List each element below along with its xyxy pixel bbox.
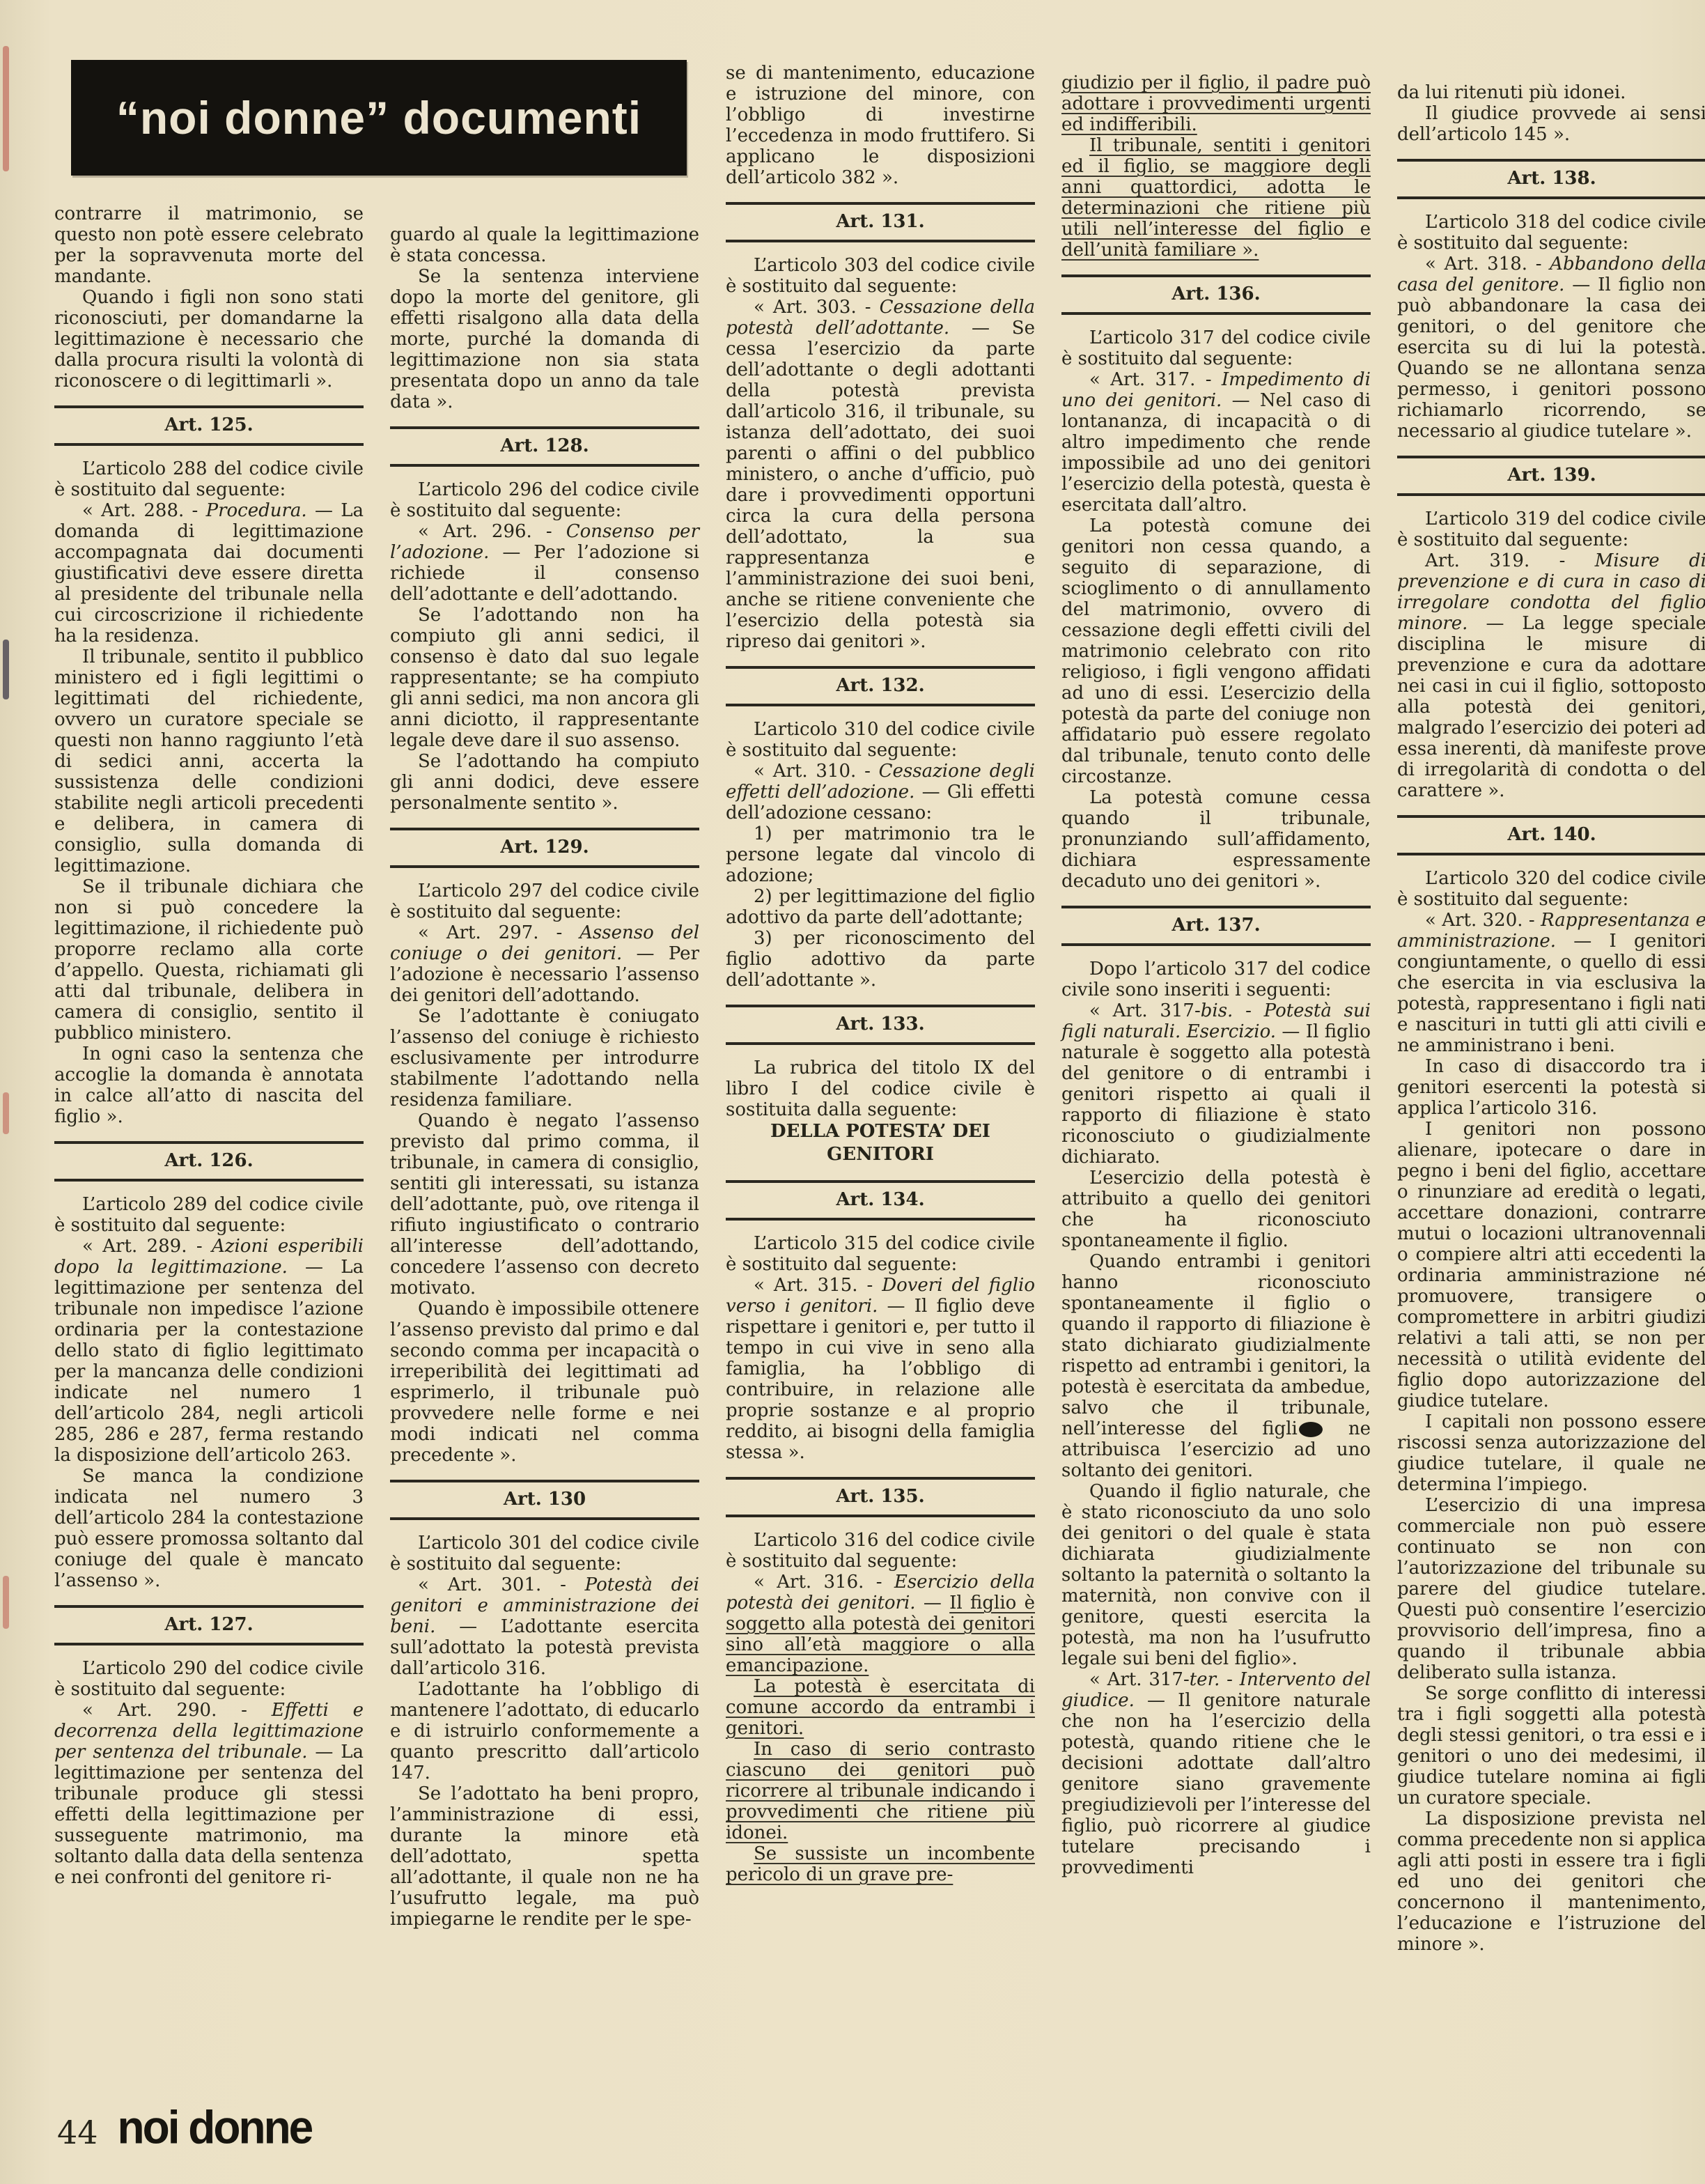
article-heading: Art. 131.: [726, 202, 1035, 242]
text-segment: Art. 319. -: [1425, 550, 1595, 571]
paragraph: « Art. 296. - Consenso per l’adozione. —…: [390, 521, 699, 605]
paragraph: L’articolo 288 del codice civile è sosti…: [54, 458, 364, 500]
text-segment: L’adottante ha l’obbligo di mantenere l’…: [390, 1679, 699, 1783]
article-heading: Art. 138.: [1397, 159, 1705, 199]
paragraph: « Art. 289. - Azioni esperibili dopo la …: [54, 1236, 364, 1466]
text-segment: — La legittimazione per sentenza del tri…: [54, 1742, 364, 1888]
text-segment: La disposizione prevista nel comma prece…: [1397, 1809, 1705, 1955]
text-segment: « Art. 318. -: [1425, 254, 1550, 274]
text-segment: Se l’adottando ha compiuto gli anni dodi…: [390, 751, 699, 814]
scan-mark: [3, 1576, 9, 1629]
paragraph: L’adottante ha l’obbligo di mantenere l’…: [390, 1679, 699, 1783]
scan-mark: [3, 640, 9, 699]
text-segment: In ogni caso la sentenza che accoglie la…: [54, 1044, 364, 1127]
paragraph: I genitori non possono alienare, ipoteca…: [1397, 1119, 1705, 1411]
text-segment: Se sussiste un incombente pericolo di un…: [726, 1843, 1035, 1885]
paragraph: Se la sentenza interviene dopo la morte …: [390, 266, 699, 412]
text-segment: Procedura.: [206, 500, 307, 521]
text-segment: L’articolo 297 del codice civile è sosti…: [390, 881, 699, 922]
paragraph: L’articolo 320 del codice civile è sosti…: [1397, 868, 1705, 910]
article-columns: contrarre il matrimonio, se questo non p…: [54, 0, 1705, 1955]
paragraph: In caso di serio contrasto ciascuno dei …: [726, 1739, 1035, 1843]
paragraph: L’articolo 290 del codice civile è sosti…: [54, 1658, 364, 1700]
paragraph: L’articolo 310 del codice civile è sosti…: [726, 719, 1035, 761]
text-segment: bis.: [1201, 1000, 1233, 1021]
page-number: 44: [57, 2114, 98, 2151]
text-segment: 1) per matrimonio tra le persone legate …: [726, 823, 1035, 886]
paragraph: L’articolo 303 del codice civile è sosti…: [726, 255, 1035, 297]
article-heading: Art. 125.: [54, 405, 364, 446]
column-spacer: [1061, 0, 1371, 72]
paragraph: Quando il figlio naturale, che è stato r…: [1061, 1481, 1371, 1669]
article-heading: Art. 133.: [726, 1005, 1035, 1045]
text-segment: I capitali non possono essere riscossi s…: [1397, 1411, 1705, 1495]
paragraph: 3) per riconoscimento del figlio adottiv…: [726, 928, 1035, 991]
text-segment: La potestà è esercitata di comune accord…: [726, 1676, 1035, 1739]
text-segment: guardo al quale la legittimazione è stat…: [390, 224, 699, 266]
paragraph: La potestà comune dei genitori non cessa…: [1061, 516, 1371, 787]
paragraph: La rubrica del titolo IX del libro I del…: [726, 1058, 1035, 1120]
text-segment: L’articolo 296 del codice civile è sosti…: [390, 479, 699, 521]
text-segment: -: [1220, 1669, 1239, 1690]
text-segment: L’articolo 318 del codice civile è sosti…: [1397, 212, 1705, 254]
paragraph: « Art. 317-bis. - Potestà sui figli natu…: [1061, 1000, 1371, 1168]
paragraph: La potestà comune cessa quando il tribun…: [1061, 787, 1371, 892]
paragraph: L’articolo 316 del codice civile è sosti…: [726, 1530, 1035, 1572]
text-segment: da lui ritenuti più idonei.: [1397, 82, 1626, 103]
scan-mark: [3, 46, 9, 171]
text-segment: « Art. 289. -: [82, 1236, 212, 1257]
magazine-page: contrarre il matrimonio, se questo non p…: [0, 0, 1705, 2184]
text-segment: L’articolo 319 del codice civile è sosti…: [1397, 509, 1705, 550]
text-segment: « Art. 290. -: [82, 1700, 272, 1721]
text-column-5: da lui ritenuti più idonei.Il giudice pr…: [1397, 0, 1705, 1955]
article-heading: Art. 129.: [390, 828, 699, 868]
text-segment: Dopo l’articolo 317 del codice civile so…: [1061, 959, 1371, 1000]
paragraph: « Art. 317. - Impedimento di uno dei gen…: [1061, 369, 1371, 516]
paragraph: L’esercizio di una impresa commerciale n…: [1397, 1495, 1705, 1683]
text-segment: — L’adottante esercita sull’adottato la …: [390, 1616, 699, 1679]
text-segment: — Il genitore naturale che non ha l’eser…: [1061, 1690, 1371, 1878]
paragraph: Quando è negato l’assenso previsto dal p…: [390, 1110, 699, 1299]
text-segment: Quando i figli non sono stati riconosciu…: [54, 287, 364, 392]
article-heading: Art. 136.: [1061, 274, 1371, 315]
paragraph: contrarre il matrimonio, se questo non p…: [54, 203, 364, 287]
paragraph: L’articolo 301 del codice civile è sosti…: [390, 1533, 699, 1574]
paragraph: Se l’adottando ha compiuto gli anni dodi…: [390, 751, 699, 814]
text-segment: Se manca la condizione indicata nel nume…: [54, 1466, 364, 1591]
paragraph: Il tribunale, sentiti i genitori ed il f…: [1061, 135, 1371, 261]
paragraph: « Art. 301. - Potestà dei genitori e amm…: [390, 1574, 699, 1679]
paragraph: da lui ritenuti più idonei.: [1397, 82, 1705, 103]
paragraph: giudizio per il figlio, il padre può ado…: [1061, 72, 1371, 135]
paragraph: L’esercizio della potestà è attribuito a…: [1061, 1168, 1371, 1251]
article-heading: Art. 140.: [1397, 815, 1705, 855]
text-segment: Se l’adottante è coniugato l’assenso del…: [390, 1006, 699, 1110]
text-segment: Il tribunale, sentito il pubblico minist…: [54, 646, 364, 876]
text-segment: « Art. 310. -: [754, 761, 879, 782]
text-segment: Se la sentenza interviene dopo la morte …: [390, 266, 699, 412]
paragraph: L’articolo 319 del codice civile è sosti…: [1397, 509, 1705, 550]
text-segment: « Art. 320. -: [1425, 910, 1541, 931]
paragraph: L’articolo 297 del codice civile è sosti…: [390, 881, 699, 922]
scan-mark: [3, 1092, 9, 1134]
text-segment: ter.: [1190, 1669, 1220, 1690]
text-segment: La potestà comune dei genitori non cessa…: [1061, 516, 1371, 787]
text-segment: « Art. 317-: [1089, 1669, 1190, 1690]
text-segment: Se l’adottando non ha compiuto gli anni …: [390, 605, 699, 751]
paragraph: Quando è impossibile ottenere l’assenso …: [390, 1299, 699, 1466]
text-segment: se di mantenimento, educazione e istruzi…: [726, 63, 1035, 188]
text-segment: Il giudice provvede ai sensi dell’artico…: [1397, 103, 1705, 145]
section-banner: “noi donne” documenti: [71, 60, 687, 176]
paragraph: guardo al quale la legittimazione è stat…: [390, 224, 699, 266]
text-segment: L’articolo 303 del codice civile è sosti…: [726, 255, 1035, 297]
text-segment: In caso di serio contrasto ciascuno dei …: [726, 1739, 1035, 1843]
text-segment: L’articolo 289 del codice civile è sosti…: [54, 1194, 364, 1236]
paragraph: 2) per legittimazione del figlio adottiv…: [726, 886, 1035, 928]
article-heading: Art. 128.: [390, 426, 699, 467]
text-segment: Quando è impossibile ottenere l’assenso …: [390, 1299, 699, 1466]
paragraph: L’articolo 317 del codice civile è sosti…: [1061, 327, 1371, 369]
text-segment: « Art. 315. -: [754, 1275, 882, 1296]
article-heading: Art. 134.: [726, 1180, 1035, 1221]
paragraph: L’articolo 296 del codice civile è sosti…: [390, 479, 699, 521]
text-segment: L’articolo 316 del codice civile è sosti…: [726, 1530, 1035, 1572]
column-spacer: [1397, 0, 1705, 82]
text-column-1: contrarre il matrimonio, se questo non p…: [54, 0, 364, 1955]
text-segment: contrarre il matrimonio, se questo non p…: [54, 203, 364, 287]
paragraph: « Art. 310. - Cessazione degli effetti d…: [726, 761, 1035, 823]
paragraph: Se il tribunale dichiara che non si può …: [54, 876, 364, 1044]
text-segment: L’esercizio di una impresa commerciale n…: [1397, 1495, 1705, 1683]
paragraph: 1) per matrimonio tra le persone legate …: [726, 823, 1035, 886]
paragraph: Dopo l’articolo 317 del codice civile so…: [1061, 959, 1371, 1000]
section-title: DELLA POTESTA’ DEI GENITORI: [726, 1120, 1035, 1166]
paragraph: In caso di disaccordo tra i genitori ese…: [1397, 1056, 1705, 1119]
column-spacer: [726, 0, 1035, 63]
article-heading: Art. 130: [390, 1480, 699, 1520]
text-segment: « Art. 297. -: [418, 922, 579, 943]
text-segment: Se il tribunale dichiara che non si può …: [54, 876, 364, 1044]
text-segment: — La legge speciale disciplina le misure…: [1397, 613, 1705, 801]
text-segment: —: [916, 1593, 950, 1613]
paragraph: L’articolo 315 del codice civile è sosti…: [726, 1233, 1035, 1275]
paragraph: Se sussiste un incombente pericolo di un…: [726, 1843, 1035, 1885]
text-segment: L’articolo 301 del codice civile è sosti…: [390, 1533, 699, 1574]
paragraph: Il tribunale, sentito il pubblico minist…: [54, 646, 364, 876]
text-segment: — La domanda di legittimazione accompagn…: [54, 500, 364, 646]
text-segment: L’articolo 315 del codice civile è sosti…: [726, 1233, 1035, 1275]
paragraph: Se l’adottando non ha compiuto gli anni …: [390, 605, 699, 751]
article-heading: Art. 139.: [1397, 456, 1705, 496]
paragraph: Quando i figli non sono stati riconosciu…: [54, 287, 364, 392]
text-column-4: giudizio per il figlio, il padre può ado…: [1061, 0, 1371, 1955]
article-heading: Art. 127.: [54, 1605, 364, 1645]
text-segment: Quando entrambi i genitori hanno riconos…: [1061, 1251, 1371, 1439]
paragraph: Se sorge conflitto di interessi tra i fi…: [1397, 1683, 1705, 1809]
paragraph: Art. 319. - Misure di prevenzione e di c…: [1397, 550, 1705, 801]
text-segment: « Art. 303. -: [754, 297, 880, 318]
text-segment: L’articolo 310 del codice civile è sosti…: [726, 719, 1035, 761]
paragraph: Se l’adottato ha beni propro, l’amminist…: [390, 1783, 699, 1930]
text-segment: Quando è negato l’assenso previsto dal p…: [390, 1110, 699, 1299]
paragraph: « Art. 316. - Esercizio della potestà de…: [726, 1572, 1035, 1676]
text-segment: « Art. 301. -: [418, 1574, 585, 1595]
text-segment: L’articolo 290 del codice civile è sosti…: [54, 1658, 364, 1700]
text-segment: — Il figlio non può abbandonare la casa …: [1397, 274, 1705, 442]
text-segment: Quando il figlio naturale, che è stato r…: [1061, 1481, 1371, 1669]
text-segment: L’articolo 320 del codice civile è sosti…: [1397, 868, 1705, 910]
text-segment: I genitori non possono alienare, ipoteca…: [1397, 1119, 1705, 1411]
text-segment: In caso di disaccordo tra i genitori ese…: [1397, 1056, 1705, 1119]
text-segment: Il tribunale, sentiti i genitori ed il f…: [1061, 135, 1371, 261]
text-segment: L’articolo 317 del codice civile è sosti…: [1061, 327, 1371, 369]
paragraph: Il giudice provvede ai sensi dell’artico…: [1397, 103, 1705, 145]
text-segment: 2) per legittimazione del figlio adottiv…: [726, 886, 1035, 928]
text-segment: — Il figlio naturale è soggetto alla pot…: [1061, 1021, 1371, 1168]
text-column-3: se di mantenimento, educazione e istruzi…: [726, 0, 1035, 1955]
text-segment: Se sorge conflitto di interessi tra i fi…: [1397, 1683, 1705, 1809]
paragraph: « Art. 303. - Cessazione della potestà d…: [726, 297, 1035, 652]
text-segment: « Art. 316. -: [754, 1572, 894, 1593]
paragraph: « Art. 288. - Procedura. — La domanda di…: [54, 500, 364, 646]
paragraph: « Art. 315. - Doveri del figlio verso i …: [726, 1275, 1035, 1463]
text-segment: L’esercizio della potestà è attribuito a…: [1061, 1168, 1371, 1251]
text-segment: La rubrica del titolo IX del libro I del…: [726, 1058, 1035, 1120]
article-heading: Art. 135.: [726, 1477, 1035, 1517]
text-column-2: guardo al quale la legittimazione è stat…: [390, 0, 699, 1955]
ink-blot: [1299, 1422, 1323, 1437]
article-heading: Art. 126.: [54, 1141, 364, 1182]
paragraph: La potestà è esercitata di comune accord…: [726, 1676, 1035, 1739]
paragraph: L’articolo 318 del codice civile è sosti…: [1397, 212, 1705, 254]
text-segment: L’articolo 288 del codice civile è sosti…: [54, 458, 364, 500]
text-segment: 3) per riconoscimento del figlio adottiv…: [726, 928, 1035, 991]
paragraph: Se l’adottante è coniugato l’assenso del…: [390, 1006, 699, 1110]
paragraph: « Art. 318. - Abbandono della casa del g…: [1397, 254, 1705, 442]
text-segment: « Art. 317-: [1089, 1000, 1201, 1021]
paragraph: La disposizione prevista nel comma prece…: [1397, 1809, 1705, 1955]
text-segment: -: [1233, 1000, 1263, 1021]
paragraph: Se manca la condizione indicata nel nume…: [54, 1466, 364, 1591]
text-segment: Se l’adottato ha beni propro, l’amminist…: [390, 1783, 699, 1930]
paragraph: Quando entrambi i genitori hanno riconos…: [1061, 1251, 1371, 1481]
paragraph: « Art. 290. - Effetti e decorrenza della…: [54, 1700, 364, 1888]
article-heading: Art. 137.: [1061, 906, 1371, 946]
paragraph: « Art. 320. - Rappresentanza e amministr…: [1397, 910, 1705, 1056]
paragraph: In ogni caso la sentenza che accoglie la…: [54, 1044, 364, 1127]
paragraph: « Art. 317-ter. - Intervento del giudice…: [1061, 1669, 1371, 1878]
magazine-logo: noi donne: [118, 2100, 312, 2154]
article-heading: Art. 132.: [726, 666, 1035, 706]
text-segment: — La legittimazione per sentenza del tri…: [54, 1257, 364, 1466]
text-segment: — Se cessa l’esercizio da parte dell’ado…: [726, 318, 1035, 652]
text-segment: — Il figlio deve rispettare i genitori e…: [726, 1296, 1035, 1463]
text-segment: giudizio per il figlio, il padre può ado…: [1061, 72, 1371, 135]
paragraph: L’articolo 289 del codice civile è sosti…: [54, 1194, 364, 1236]
paragraph: « Art. 297. - Assenso del coniuge o dei …: [390, 922, 699, 1006]
text-segment: La potestà comune cessa quando il tribun…: [1061, 787, 1371, 892]
text-segment: « Art. 296. -: [418, 521, 566, 542]
paragraph: se di mantenimento, educazione e istruzi…: [726, 63, 1035, 188]
page-footer: 44 noi donne: [57, 2102, 311, 2154]
text-segment: « Art. 317. -: [1089, 369, 1222, 390]
text-segment: « Art. 288. -: [82, 500, 206, 521]
paragraph: I capitali non possono essere riscossi s…: [1397, 1411, 1705, 1495]
banner-title: “noi donne” documenti: [116, 91, 641, 144]
